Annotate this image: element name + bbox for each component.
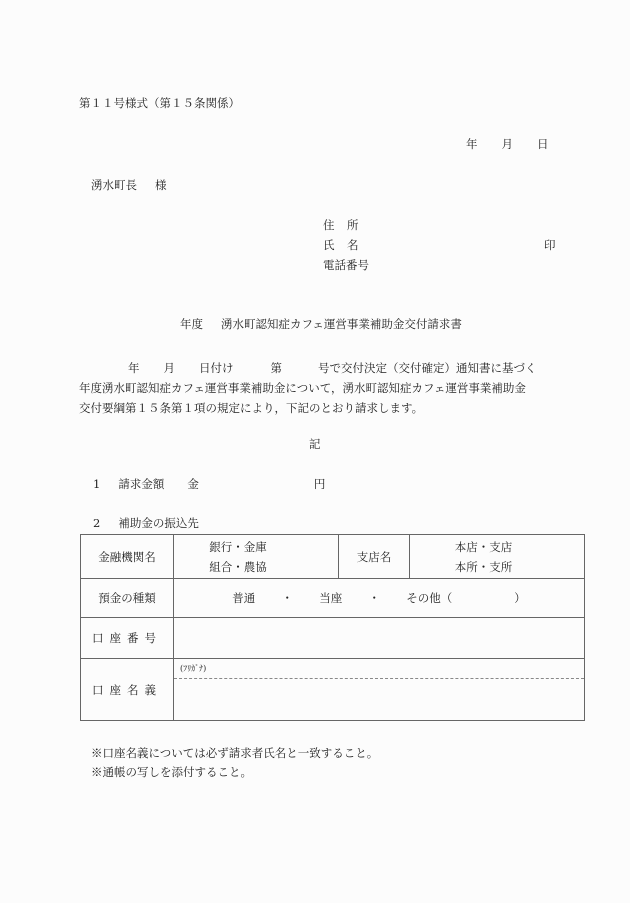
- item1-unit: 円: [314, 477, 326, 491]
- applicant-phone-row: 電話番号: [323, 260, 369, 280]
- deposit-type-row: 預金の種類 普通・当座・その他（）: [81, 579, 585, 618]
- account-name-field[interactable]: (ﾌﾘｶﾞﾅ): [174, 659, 585, 721]
- body-line-1: 年月日付け第号で交付決定（交付確定）通知書に基づく: [79, 358, 559, 378]
- note-2: ※通帳の写しを添付すること。: [91, 763, 378, 782]
- applicant-name-row: 氏名: [323, 240, 369, 260]
- address-label-2: 所: [347, 218, 359, 232]
- branch-field[interactable]: 本店・支店 本所・支所: [410, 535, 585, 579]
- account-number-label: 口座番号: [81, 618, 174, 659]
- applicant-address-row: 住所: [323, 220, 369, 240]
- separator: ・: [255, 590, 319, 606]
- request-body: 年月日付け第号で交付決定（交付確定）通知書に基づく 年度湧水町認知症カフェ運営事…: [79, 358, 559, 418]
- account-number-row: 口座番号: [81, 618, 585, 659]
- institution-types-line2: 組合・農協: [174, 557, 302, 577]
- addressee: 湧水町長様: [91, 180, 167, 192]
- item1-number: 1: [93, 477, 100, 491]
- item1-label: 請求金額: [118, 477, 164, 491]
- date-year-label: 年: [466, 139, 478, 151]
- form-number: 第１１号様式（第１５条関係）: [79, 98, 240, 110]
- name-label-2: 名: [347, 238, 359, 252]
- deposit-option-checking[interactable]: 当座: [319, 590, 342, 606]
- body-line-2: 年度湧水町認知症カフェ運営事業補助金について，湧水町認知症カフェ運営事業補助金: [79, 378, 559, 398]
- account-name-row: 口座名義 (ﾌﾘｶﾞﾅ): [81, 659, 585, 721]
- branch-types-line1: 本店・支店: [410, 537, 557, 557]
- item1-prefix: 金: [187, 477, 199, 491]
- date-month-label: 月: [502, 139, 514, 151]
- ki-heading: 記: [309, 439, 321, 451]
- addressee-name: 湧水町長: [91, 178, 137, 192]
- notes: ※口座名義については必ず請求者氏名と一致すること。 ※通帳の写しを添付すること。: [91, 744, 378, 782]
- date-day-label: 日: [537, 139, 549, 151]
- branch-label: 支店名: [339, 535, 410, 579]
- item2-number: 2: [93, 516, 100, 530]
- institution-label: 金融機関名: [81, 535, 174, 579]
- deposit-option-other[interactable]: その他（: [406, 590, 452, 606]
- date-line: 年月日: [466, 139, 549, 151]
- deposit-type-options[interactable]: 普通・当座・その他（）: [174, 579, 585, 618]
- seal-mark: 印: [544, 240, 556, 252]
- institution-row: 金融機関名 銀行・金庫 組合・農協 支店名 本店・支店 本所・支所: [81, 535, 585, 579]
- title-text: 湧水町認知症カフェ運営事業補助金交付請求書: [221, 317, 462, 331]
- body-line-3: 交付要綱第１５条第１項の規定により，下記のとおり請求します。: [79, 398, 559, 418]
- deposit-option-other-close: ）: [514, 590, 526, 606]
- phone-label: 電話番号: [323, 258, 369, 272]
- separator: ・: [342, 590, 406, 606]
- account-name-label: 口座名義: [81, 659, 174, 721]
- note-1: ※口座名義については必ず請求者氏名と一致すること。: [91, 744, 378, 763]
- branch-types-line2: 本所・支所: [410, 557, 557, 577]
- institution-field[interactable]: 銀行・金庫 組合・農協: [174, 535, 339, 579]
- item2-label: 補助金の振込先: [118, 516, 199, 530]
- account-number-field[interactable]: [174, 618, 585, 659]
- applicant-block: 住所 氏名 電話番号: [323, 220, 369, 280]
- addressee-honorific: 様: [155, 178, 167, 192]
- deposit-type-label: 預金の種類: [81, 579, 174, 618]
- deposit-option-ordinary[interactable]: 普通: [232, 590, 255, 606]
- furigana-label: (ﾌﾘｶﾞﾅ): [174, 659, 584, 679]
- claim-amount-line: 1請求金額金円: [93, 479, 325, 491]
- name-label-1: 氏: [323, 240, 347, 252]
- institution-types-line1: 銀行・金庫: [174, 537, 302, 557]
- document-title: 年度湧水町認知症カフェ運営事業補助金交付請求書: [180, 319, 462, 331]
- transfer-destination-heading: 2補助金の振込先: [93, 518, 199, 530]
- title-fiscal-year: 年度: [180, 317, 203, 331]
- address-label-1: 住: [323, 220, 347, 232]
- bank-account-table: 金融機関名 銀行・金庫 組合・農協 支店名 本店・支店 本所・支所 預金の種類 …: [80, 534, 585, 721]
